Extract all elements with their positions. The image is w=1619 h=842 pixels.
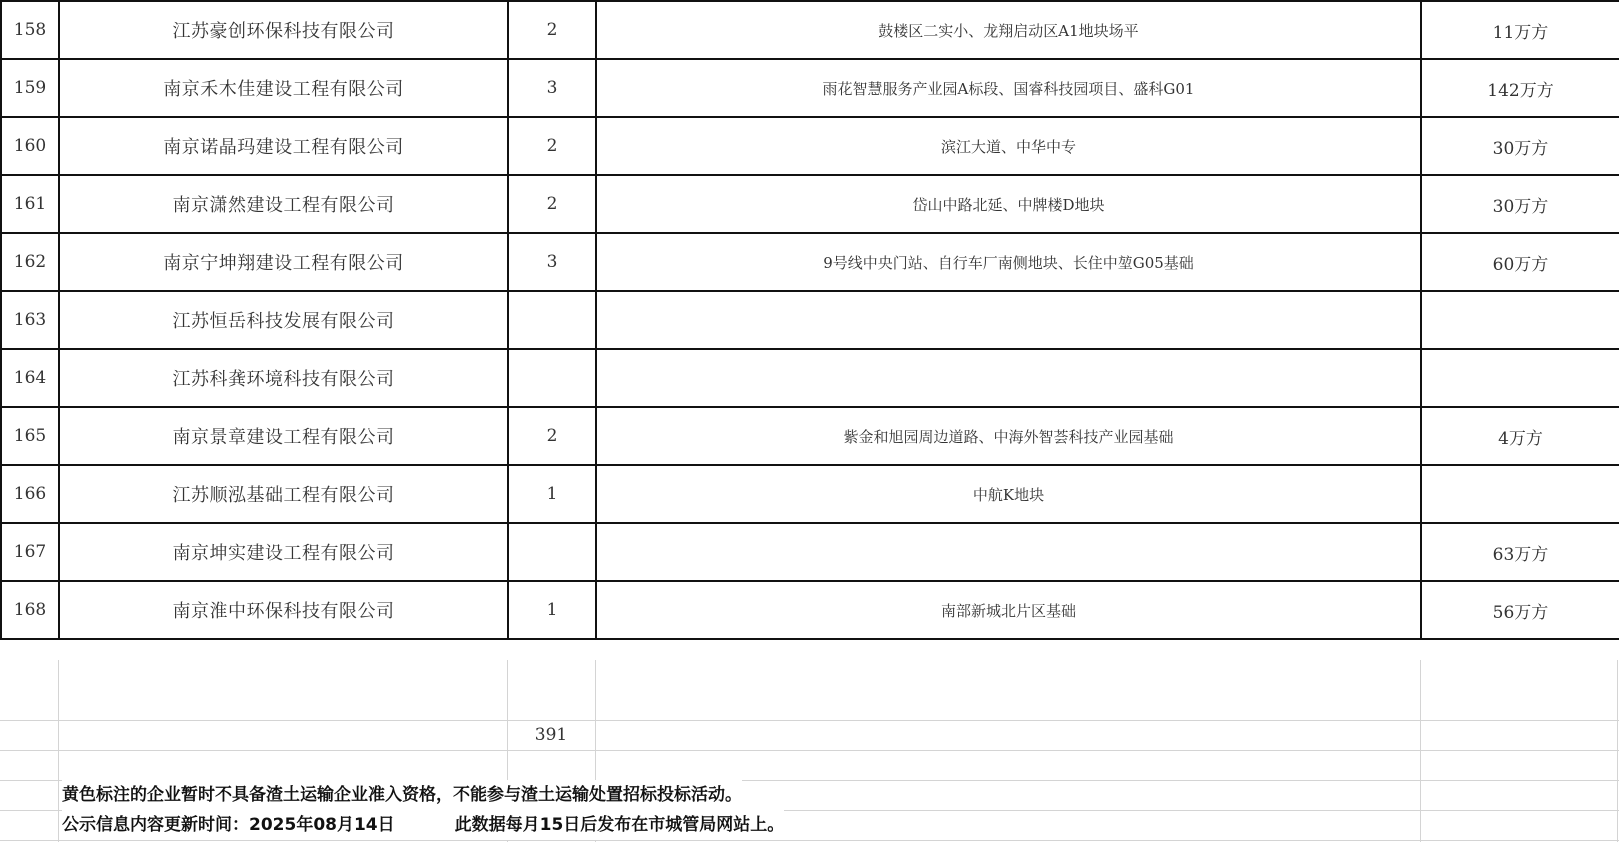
total-project-count[interactable]: 391: [507, 720, 595, 750]
cell-serial-number[interactable]: 160: [1, 117, 59, 175]
publish-schedule-text: 此数据每月15日后发布在市城管局网站上。: [455, 815, 785, 835]
cell-serial-number[interactable]: 164: [1, 349, 59, 407]
gridline-horizontal: [0, 840, 1619, 841]
cell-company-name[interactable]: 江苏豪创环保科技有限公司: [59, 1, 508, 59]
cell-earth-volume[interactable]: 142万方: [1421, 59, 1619, 117]
cell-project-names[interactable]: [596, 523, 1421, 581]
cell-earth-volume[interactable]: 56万方: [1421, 581, 1619, 639]
cell-serial-number[interactable]: 161: [1, 175, 59, 233]
cell-project-count[interactable]: 2: [508, 1, 596, 59]
gridline-vertical: [1420, 660, 1421, 842]
gridline-horizontal: [0, 720, 1619, 721]
cell-serial-number[interactable]: 166: [1, 465, 59, 523]
cell-company-name[interactable]: 南京宁坤翔建设工程有限公司: [59, 233, 508, 291]
table-row: 162 南京宁坤翔建设工程有限公司 3 9号线中央门站、自行车厂南侧地块、长住中…: [1, 233, 1619, 291]
cell-project-names[interactable]: 9号线中央门站、自行车厂南侧地块、长住中堃G05基础: [596, 233, 1421, 291]
cell-project-names[interactable]: [596, 349, 1421, 407]
table-body: 158 江苏豪创环保科技有限公司 2 鼓楼区二实小、龙翔启动区A1地块场平 11…: [1, 1, 1619, 639]
update-time-text: 公示信息内容更新时间：2025年08月14日: [62, 815, 395, 835]
notice-qualification-text: 黄色标注的企业暂时不具备渣土运输企业准入资格，不能参与渣土运输处置招标投标活动。: [62, 785, 742, 805]
cell-company-name[interactable]: 南京诺晶玛建设工程有限公司: [59, 117, 508, 175]
cell-earth-volume[interactable]: 4万方: [1421, 407, 1619, 465]
cell-company-name[interactable]: 江苏顺泓基础工程有限公司: [59, 465, 508, 523]
gridline-horizontal: [0, 750, 1619, 751]
cell-company-name[interactable]: 南京淮中环保科技有限公司: [59, 581, 508, 639]
table-row: 164 江苏科龚环境科技有限公司: [1, 349, 1619, 407]
cell-project-names[interactable]: 紫金和旭园周边道路、中海外智荟科技产业园基础: [596, 407, 1421, 465]
company-table: 158 江苏豪创环保科技有限公司 2 鼓楼区二实小、龙翔启动区A1地块场平 11…: [0, 0, 1619, 640]
cell-earth-volume[interactable]: 30万方: [1421, 175, 1619, 233]
cell-company-name[interactable]: 南京坤实建设工程有限公司: [59, 523, 508, 581]
cell-project-count[interactable]: 1: [508, 465, 596, 523]
cell-project-count[interactable]: 3: [508, 233, 596, 291]
table-row: 159 南京禾木佳建设工程有限公司 3 雨花智慧服务产业园A标段、国睿科技园项目…: [1, 59, 1619, 117]
cell-earth-volume[interactable]: 60万方: [1421, 233, 1619, 291]
cell-company-name[interactable]: 南京景章建设工程有限公司: [59, 407, 508, 465]
notice-update-time: 公示信息内容更新时间：2025年08月14日此数据每月15日后发布在市城管局网站…: [62, 810, 784, 840]
cell-project-names[interactable]: 岱山中路北延、中牌楼D地块: [596, 175, 1421, 233]
cell-earth-volume[interactable]: 30万方: [1421, 117, 1619, 175]
cell-project-count[interactable]: 2: [508, 175, 596, 233]
cell-company-name[interactable]: 江苏科龚环境科技有限公司: [59, 349, 508, 407]
cell-company-name[interactable]: 南京禾木佳建设工程有限公司: [59, 59, 508, 117]
cell-project-count[interactable]: [508, 291, 596, 349]
table-row: 158 江苏豪创环保科技有限公司 2 鼓楼区二实小、龙翔启动区A1地块场平 11…: [1, 1, 1619, 59]
table-row: 161 南京潇然建设工程有限公司 2 岱山中路北延、中牌楼D地块 30万方: [1, 175, 1619, 233]
cell-project-names[interactable]: [596, 291, 1421, 349]
cell-serial-number[interactable]: 158: [1, 1, 59, 59]
gridline-vertical: [58, 660, 59, 842]
cell-project-count[interactable]: [508, 523, 596, 581]
cell-company-name[interactable]: 南京潇然建设工程有限公司: [59, 175, 508, 233]
cell-project-count[interactable]: 1: [508, 581, 596, 639]
cell-earth-volume[interactable]: [1421, 349, 1619, 407]
cell-project-count[interactable]: 2: [508, 117, 596, 175]
cell-serial-number[interactable]: 165: [1, 407, 59, 465]
cell-earth-volume[interactable]: [1421, 291, 1619, 349]
cell-serial-number[interactable]: 159: [1, 59, 59, 117]
cell-project-names[interactable]: 南部新城北片区基础: [596, 581, 1421, 639]
cell-company-name[interactable]: 江苏恒岳科技发展有限公司: [59, 291, 508, 349]
table-row: 163 江苏恒岳科技发展有限公司: [1, 291, 1619, 349]
table-row: 167 南京坤实建设工程有限公司 63万方: [1, 523, 1619, 581]
cell-earth-volume[interactable]: [1421, 465, 1619, 523]
table-row: 160 南京诺晶玛建设工程有限公司 2 滨江大道、中华中专 30万方: [1, 117, 1619, 175]
cell-project-count[interactable]: 3: [508, 59, 596, 117]
cell-project-count[interactable]: [508, 349, 596, 407]
cell-serial-number[interactable]: 167: [1, 523, 59, 581]
cell-project-names[interactable]: 鼓楼区二实小、龙翔启动区A1地块场平: [596, 1, 1421, 59]
table-row: 165 南京景章建设工程有限公司 2 紫金和旭园周边道路、中海外智荟科技产业园基…: [1, 407, 1619, 465]
cell-earth-volume[interactable]: 11万方: [1421, 1, 1619, 59]
table-row: 168 南京淮中环保科技有限公司 1 南部新城北片区基础 56万方: [1, 581, 1619, 639]
cell-serial-number[interactable]: 162: [1, 233, 59, 291]
gridline-vertical: [1617, 660, 1618, 842]
cell-project-names[interactable]: 中航K地块: [596, 465, 1421, 523]
cell-earth-volume[interactable]: 63万方: [1421, 523, 1619, 581]
cell-serial-number[interactable]: 168: [1, 581, 59, 639]
cell-project-names[interactable]: 滨江大道、中华中专: [596, 117, 1421, 175]
table-row: 166 江苏顺泓基础工程有限公司 1 中航K地块: [1, 465, 1619, 523]
cell-project-count[interactable]: 2: [508, 407, 596, 465]
cell-project-names[interactable]: 雨花智慧服务产业园A标段、国睿科技园项目、盛科G01: [596, 59, 1421, 117]
spreadsheet: 158 江苏豪创环保科技有限公司 2 鼓楼区二实小、龙翔启动区A1地块场平 11…: [0, 0, 1619, 842]
cell-serial-number[interactable]: 163: [1, 291, 59, 349]
notice-qualification: 黄色标注的企业暂时不具备渣土运输企业准入资格，不能参与渣土运输处置招标投标活动。: [62, 780, 742, 810]
